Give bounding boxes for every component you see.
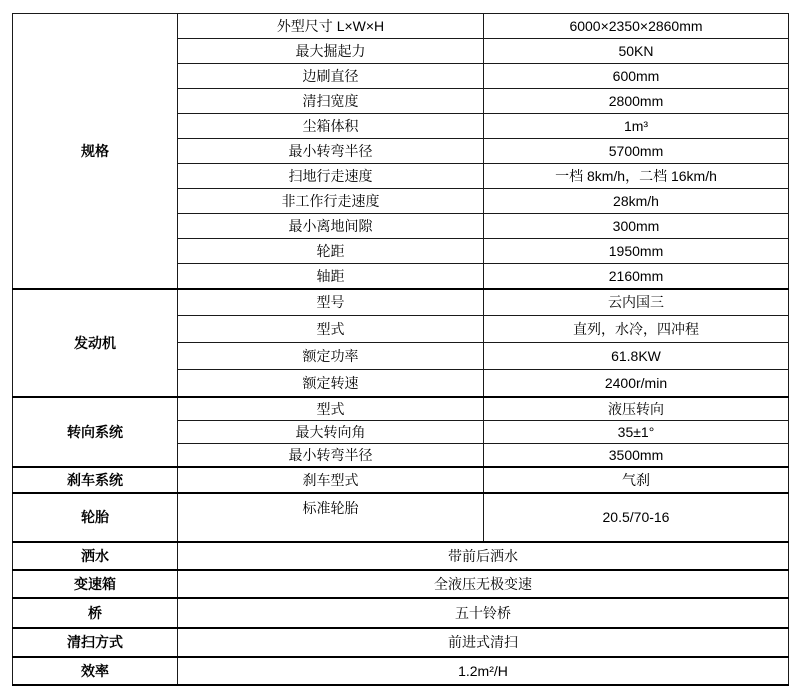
value-cell: 一档 8km/h，二档 16km/h (484, 164, 789, 189)
value-cell: 50KN (484, 39, 789, 64)
value-cell: 直列，水冷，四冲程 (484, 316, 789, 343)
value-cell: 300mm (484, 214, 789, 239)
table-row: 规格 外型尺寸 L×W×H 6000×2350×2860mm (13, 14, 789, 39)
param-cell: 最小转弯半径 (178, 139, 484, 164)
category-cell-specs: 规格 (13, 14, 178, 289)
category-cell-gearbox: 变速箱 (13, 570, 178, 598)
table-row: 轮胎 标准轮胎 20.5/70-16 (13, 493, 789, 542)
category-cell-efficiency: 效率 (13, 657, 178, 685)
category-cell-brake: 刹车系统 (13, 467, 178, 493)
value-cell: 2800mm (484, 89, 789, 114)
value-cell: 1.2m²/H (178, 657, 789, 685)
param-cell: 额定功率 (178, 343, 484, 370)
value-cell: 2400r/min (484, 370, 789, 397)
table-row: 转向系统 型式 液压转向 (13, 397, 789, 421)
value-cell: 61.8KW (484, 343, 789, 370)
value-cell: 6000×2350×2860mm (484, 14, 789, 39)
param-cell: 型式 (178, 316, 484, 343)
table-row: 洒水 带前后洒水 (13, 542, 789, 570)
table-row: 桥 五十铃桥 (13, 598, 789, 628)
param-cell: 刹车型式 (178, 467, 484, 493)
param-cell: 非工作行走速度 (178, 189, 484, 214)
param-cell: 型号 (178, 289, 484, 316)
param-cell: 最小离地间隙 (178, 214, 484, 239)
table-row: 刹车系统 刹车型式 气刹 (13, 467, 789, 493)
param-cell: 外型尺寸 L×W×H (178, 14, 484, 39)
value-cell: 1950mm (484, 239, 789, 264)
table-row: 清扫方式 前进式清扫 (13, 628, 789, 657)
param-cell: 最大转向角 (178, 420, 484, 443)
category-cell-engine: 发动机 (13, 289, 178, 397)
value-cell: 气刹 (484, 467, 789, 493)
value-cell: 20.5/70-16 (484, 493, 789, 542)
value-cell: 液压转向 (484, 397, 789, 421)
category-cell-steering: 转向系统 (13, 397, 178, 467)
value-cell: 3500mm (484, 443, 789, 467)
value-cell: 前进式清扫 (178, 628, 789, 657)
value-cell: 全液压无极变速 (178, 570, 789, 598)
value-cell: 云内国三 (484, 289, 789, 316)
param-cell: 扫地行走速度 (178, 164, 484, 189)
table-row: 变速箱 全液压无极变速 (13, 570, 789, 598)
value-cell: 2160mm (484, 264, 789, 289)
spec-table: 规格 外型尺寸 L×W×H 6000×2350×2860mm 最大掘起力 50K… (12, 13, 789, 686)
category-cell-sweep-mode: 清扫方式 (13, 628, 178, 657)
value-cell: 1m³ (484, 114, 789, 139)
param-cell: 边刷直径 (178, 64, 484, 89)
param-cell: 轴距 (178, 264, 484, 289)
param-cell: 最小转弯半径 (178, 443, 484, 467)
spec-sheet-page: 规格 外型尺寸 L×W×H 6000×2350×2860mm 最大掘起力 50K… (0, 0, 798, 695)
param-cell: 最大掘起力 (178, 39, 484, 64)
category-cell-axle: 桥 (13, 598, 178, 628)
value-cell: 带前后洒水 (178, 542, 789, 570)
table-row: 发动机 型号 云内国三 (13, 289, 789, 316)
value-cell: 5700mm (484, 139, 789, 164)
value-cell: 28km/h (484, 189, 789, 214)
param-cell: 清扫宽度 (178, 89, 484, 114)
param-cell: 额定转速 (178, 370, 484, 397)
category-cell-tire: 轮胎 (13, 493, 178, 542)
param-cell: 轮距 (178, 239, 484, 264)
value-cell: 35±1° (484, 420, 789, 443)
param-cell: 尘箱体积 (178, 114, 484, 139)
value-cell: 五十铃桥 (178, 598, 789, 628)
table-row: 效率 1.2m²/H (13, 657, 789, 685)
category-cell-sprinkler: 洒水 (13, 542, 178, 570)
value-cell: 600mm (484, 64, 789, 89)
param-cell: 标准轮胎 (178, 493, 484, 542)
param-cell: 型式 (178, 397, 484, 421)
